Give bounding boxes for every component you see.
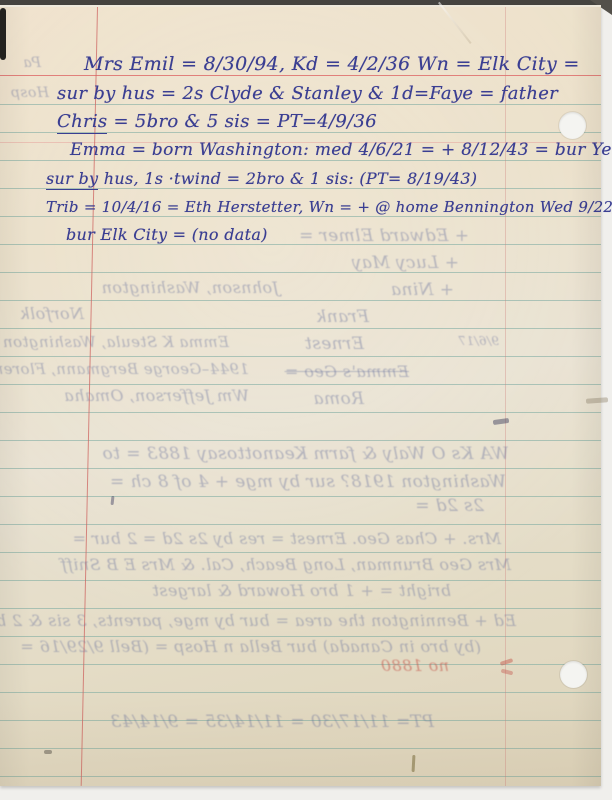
paper-crease [438,2,472,44]
handwriting-text: Emma = born Washington: med 4/6/21 = + 8… [70,140,612,160]
ruled-line [0,272,601,273]
ruled-line [0,412,601,413]
bleedthrough-line: PT= 11/17/30 = 11/14/35 = 9/14/43 [110,712,434,732]
bleedthrough-line: Ed + Bennington the area = bur by mge, p… [0,611,516,630]
ruled-line [0,580,601,581]
handwriting-line: Mrs Emil = 8/30/94, Kd = 4/2/36 Wn = Elk… [84,53,580,75]
ruled-line [0,636,601,637]
bleedthrough-line: Wm Jefferson, Omaha [64,386,249,405]
bleedthrough-line: + Lucy May [351,253,459,273]
ruled-line [0,160,601,161]
ruled-line [0,720,601,721]
speck [586,397,608,404]
bleedthrough-line: Norfolk [20,304,84,323]
bleedthrough-line: Mrs Geo Brunman, Long Beach, Cal. & Mrs … [60,555,511,574]
ruled-line [0,496,601,497]
ruled-line [0,468,601,469]
bleedthrough-line: 1944–George Bergmann, Florence [0,360,249,378]
scanned-page: PaHosp+ Edward Elmer =+ Lucy May+ NinaJo… [0,0,612,800]
bleedthrough-line: Washington 1918? sur by mge + 4 of 8 ch … [110,472,506,492]
handwriting-text: Trib = 10/4/16 = Eth Herstetter, Wn = + … [46,198,612,216]
speck [501,669,514,676]
ruled-line [0,692,601,693]
ruled-line [0,552,601,553]
handwriting-text: sur by [46,169,98,190]
bleedthrough-line: bright = + 1 bro Howard & largest [152,581,451,600]
ruled-line [0,440,601,441]
paper: PaHosp+ Edward Elmer =+ Lucy May+ NinaJo… [0,5,601,786]
bleedthrough-line: + Edward Elmer = [299,226,469,246]
handwriting-line: Trib = 10/4/16 = Eth Herstetter, Wn = + … [46,198,612,216]
bleedthrough-red-annotation: no 1880 [380,656,449,675]
handwriting-text: sur by hus = 2s Clyde & Stanley & 1d=Fay… [57,83,558,104]
bleedthrough-line: Emma's Geo = [285,362,409,381]
handwriting-line: bur Elk City = (no data) [66,225,268,244]
ruled-line [0,748,601,749]
handwriting-line: Chris = 5bro & 5 sis = PT=4/9/36 [57,111,377,132]
speck [111,496,115,505]
bleedthrough-line: WA Ks O Waly & farm Keanottosay 1883 = t… [102,444,509,464]
handwriting-text: Chris [57,111,107,134]
bleedthrough-line: Emma K Steula, Washington [3,333,229,351]
speck [493,418,510,425]
bleedthrough-line: Hosp [11,85,49,101]
handwriting-line: sur by hus = 2s Clyde & Stanley & 1d=Fay… [57,83,558,104]
handwriting-line: sur by hus, 1s ·twind = 2bro & 1 sis: (P… [46,169,477,188]
bleedthrough-line: Johnson, Washington [101,278,279,297]
speck [412,755,416,772]
ruled-line [0,104,601,105]
ruled-line [0,216,601,217]
ruled-line [0,244,601,245]
punch-hole [559,112,586,139]
bleedthrough-line: 2s 2d = [415,496,484,516]
ruled-line [0,776,601,777]
bleedthrough-line: (by bro in Canada) bur Bella n Hosp = (B… [20,637,481,656]
ruled-line [0,524,601,525]
bleedthrough-line: Roma [313,389,364,409]
speck [44,750,52,754]
ruled-line [0,664,601,665]
ruled-line [0,608,601,609]
punch-hole [560,661,587,688]
red-rule-line [0,75,601,76]
bleedthrough-line: + Nina [391,280,454,300]
scanner-smudge [0,8,6,60]
bleedthrough-line: 9/6/17 [458,334,499,348]
bleedthrough-line: Ernest [304,334,364,354]
handwriting-text: = 5bro & 5 sis = PT=4/9/36 [107,111,377,132]
bleedthrough-line: Frank [316,307,369,327]
handwriting-text: hus, 1s ·twind = 2bro & 1 sis: (PT= 8/19… [98,169,477,188]
bleedthrough-line: Mrs. + Chas Geo. Ernest = res by 2s 2d =… [72,529,501,548]
handwriting-text: bur Elk City = (no data) [66,225,268,244]
handwriting-text: Mrs Emil = 8/30/94, Kd = 4/2/36 Wn = Elk… [84,53,580,75]
bleedthrough-line: Pa [23,55,41,71]
handwriting-line: Emma = born Washington: med 4/6/21 = + 8… [70,140,612,160]
